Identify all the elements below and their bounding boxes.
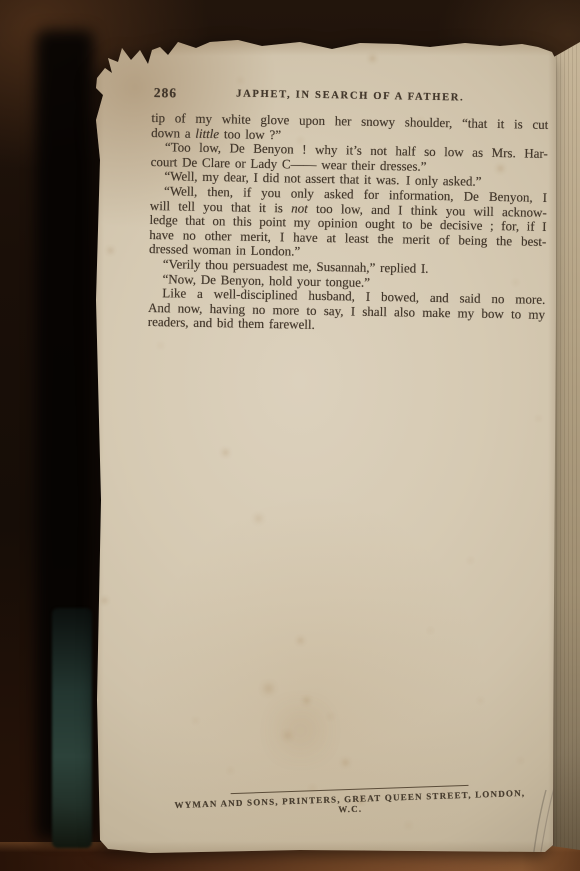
body-text: tip of my white glove upon her snowy sho… — [148, 111, 549, 337]
printer-imprint-block: WYMAN AND SONS, PRINTERS, GREAT QUEEN ST… — [172, 783, 529, 820]
book-page: 286 JAPHET, IN SEARCH OF A FATHER. tip o… — [88, 38, 558, 855]
book-page-wrap: 286 JAPHET, IN SEARCH OF A FATHER. tip o… — [88, 38, 558, 855]
printed-text: 286 JAPHET, IN SEARCH OF A FATHER. tip o… — [148, 84, 549, 337]
printer-imprint: WYMAN AND SONS, PRINTERS, GREAT QUEEN ST… — [172, 788, 528, 820]
book-cover-edge — [52, 608, 92, 848]
foxing-spots — [88, 38, 89, 39]
page-number: 286 — [154, 85, 178, 101]
book-photograph: 286 JAPHET, IN SEARCH OF A FATHER. tip o… — [0, 0, 580, 871]
running-header: JAPHET, IN SEARCH OF A FATHER. — [152, 84, 549, 105]
